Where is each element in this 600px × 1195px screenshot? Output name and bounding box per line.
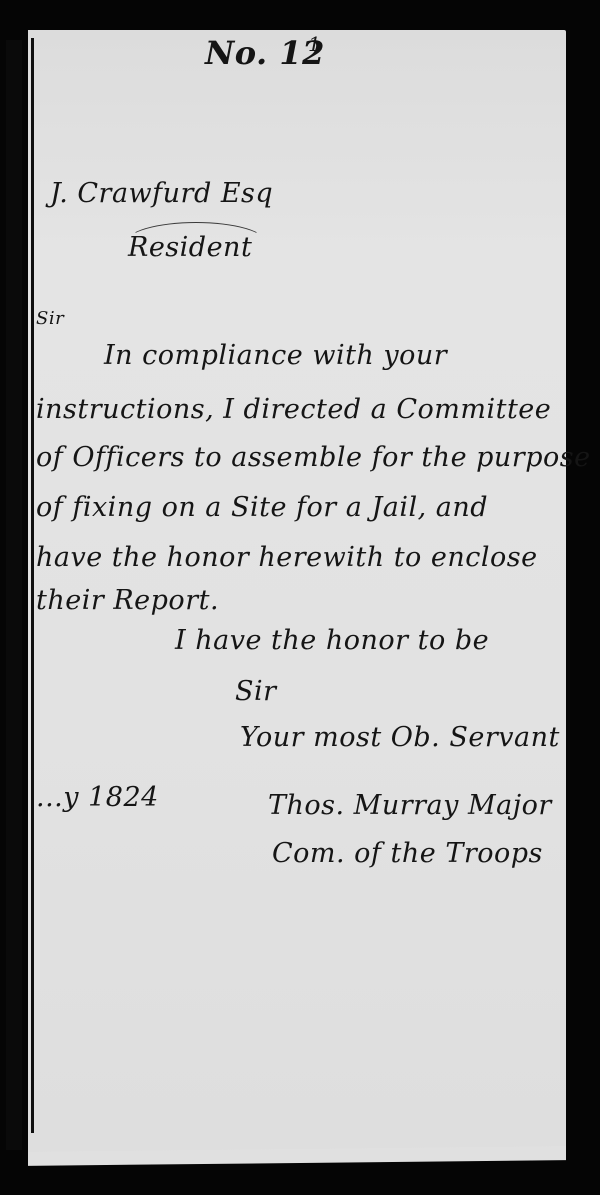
closing-line-2: Sir bbox=[235, 676, 277, 707]
closing-line-3: Your most Ob. Servant bbox=[240, 722, 560, 753]
body-line-1: In compliance with your bbox=[104, 340, 447, 371]
body-line-3: of Officers to assemble for the purpose bbox=[36, 442, 591, 473]
title-flourish bbox=[125, 222, 267, 264]
closing-line-1: I have the honor to be bbox=[175, 625, 489, 656]
margin-rule bbox=[31, 38, 34, 1133]
folio-mark: 1 bbox=[308, 32, 321, 56]
body-line-4: of fixing on a Site for a Jail, and bbox=[36, 492, 488, 523]
salutation: Sir bbox=[36, 308, 64, 329]
body-line-5: have the honor herewith to enclose bbox=[36, 542, 538, 573]
binding-edge bbox=[6, 40, 22, 1150]
body-line-6: their Report. bbox=[36, 585, 219, 616]
signature-title: Com. of the Troops bbox=[272, 838, 543, 869]
date-fragment: ...y 1824 bbox=[36, 782, 159, 813]
signature-name: Thos. Murray Major bbox=[268, 790, 552, 821]
addressee-name: J. Crawfurd Esq bbox=[50, 178, 273, 209]
body-line-2: instructions, I directed a Committee bbox=[36, 394, 551, 425]
folio-number: No. 12 bbox=[205, 34, 325, 72]
